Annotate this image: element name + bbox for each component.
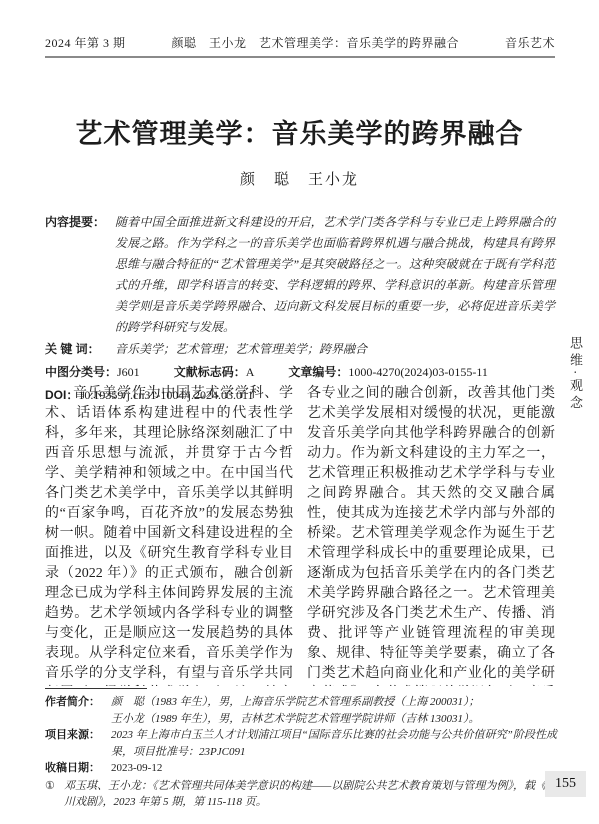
- body-left-paragraph: 音乐美学作为中国艺术学学科、学术、话语体系构建进程中的代表性学科，多年来，其理论…: [45, 384, 293, 686]
- page-header: 2024 年第 3 期 颜聪 王小龙 艺术管理美学：音乐美学的跨界融合 音乐艺术: [45, 34, 555, 51]
- footnote-divider: [45, 688, 147, 689]
- author-bio-block: 作者简介： 颜 聪（1983 年生），男，上海音乐学院艺术管理系副教授（上海 2…: [45, 694, 557, 727]
- article-no-label: 文章编号：: [288, 365, 348, 379]
- header-divider: [45, 56, 555, 58]
- keywords-block: 关 键 词： 音乐美学；艺术管理；艺术管理美学；跨界融合: [45, 339, 555, 360]
- article-no-value: 1000-4270(2024)03-0155-11: [348, 365, 488, 379]
- header-issue: 2024 年第 3 期: [45, 34, 126, 51]
- page-number: 155: [545, 771, 586, 797]
- abstract-text: 随着中国全面推进新文科建设的开启，艺术学门类各学科与专业已走上跨界融合的发展之路…: [115, 215, 555, 334]
- author-bio-line2: 王小龙（1989 年生），男，吉林艺术学院艺术管理学院讲师（吉林 130031）…: [111, 711, 557, 728]
- keywords-text: 音乐美学；艺术管理；艺术管理美学；跨界融合: [115, 342, 367, 356]
- keywords-label: 关 键 词：: [45, 339, 100, 360]
- article-authors: 颜 聪 王小龙: [0, 168, 599, 189]
- author-bio-label: 作者简介：: [45, 694, 100, 711]
- clc-label: 中图分类号：: [45, 365, 117, 379]
- received-date-block: 收稿日期： 2023-09-12: [45, 760, 557, 777]
- abstract-label: 内容提要：: [45, 212, 105, 233]
- footnote-mark: ①: [45, 778, 55, 795]
- front-matter: 内容提要： 随着中国全面推进新文科建设的开启，艺术学门类各学科与专业已走上跨界融…: [45, 212, 555, 406]
- body-right-column: 各专业之间的融合创新，改善其他门类艺术美学发展相对缓慢的状况，更能激发音乐美学向…: [307, 384, 555, 686]
- header-running-title: 颜聪 王小龙 艺术管理美学：音乐美学的跨界融合: [171, 34, 459, 51]
- article-body: 音乐美学作为中国艺术学学科、学术、话语体系构建进程中的代表性学科，多年来，其理论…: [45, 384, 555, 686]
- article-no-item: 文章编号：1000-4270(2024)03-0155-11: [288, 362, 488, 383]
- clc-item: 中图分类号：J601: [45, 362, 140, 383]
- body-left-column: 音乐美学作为中国艺术学学科、学术、话语体系构建进程中的代表性学科，多年来，其理论…: [45, 384, 293, 686]
- project-source-text: 2023 年上海市白玉兰人才计划浦江项目“国际音乐比赛的社会功能与公共价值研究”…: [111, 729, 557, 758]
- author-bio-line1: 颜 聪（1983 年生），男，上海音乐学院艺术管理系副教授（上海 200031）…: [111, 696, 480, 708]
- clc-value: J601: [117, 365, 140, 379]
- section-vertical-label: 思维·观念: [566, 336, 585, 412]
- header-journal-name: 音乐艺术: [505, 34, 555, 51]
- project-source-block: 项目来源： 2023 年上海市白玉兰人才计划浦江项目“国际音乐比赛的社会功能与公…: [45, 727, 557, 760]
- footnote-text: 邓玉琪、王小龙：《艺术管理共同体美学意识的构建——以剧院公共艺术教育策划与管理为…: [64, 780, 557, 809]
- meta-line: 中图分类号：J601 文献标志码：A 文章编号：1000-4270(2024)0…: [45, 362, 555, 383]
- body-right-text-1: 各专业之间的融合创新，改善其他门类艺术美学发展相对缓慢的状况，更能激发音乐美学向…: [307, 386, 555, 686]
- page-footer: 作者简介： 颜 聪（1983 年生），男，上海音乐学院艺术管理系副教授（上海 2…: [45, 694, 557, 811]
- doc-code-item: 文献标志码：A: [174, 362, 255, 383]
- project-source-label: 项目来源：: [45, 727, 100, 744]
- journal-page: 2024 年第 3 期 颜聪 王小龙 艺术管理美学：音乐美学的跨界融合 音乐艺术…: [0, 0, 599, 824]
- body-right-paragraph: 各专业之间的融合创新，改善其他门类艺术美学发展相对缓慢的状况，更能激发音乐美学向…: [307, 384, 555, 686]
- abstract-block: 内容提要： 随着中国全面推进新文科建设的开启，艺术学门类各学科与专业已走上跨界融…: [45, 212, 555, 338]
- doc-code-value: A: [246, 365, 255, 379]
- received-date-value: 2023-09-12: [111, 762, 162, 774]
- doc-code-label: 文献标志码：: [174, 365, 246, 379]
- article-title: 艺术管理美学：音乐美学的跨界融合: [0, 112, 599, 151]
- footnote-reference-mark: ①: [349, 683, 357, 686]
- received-date-label: 收稿日期：: [45, 760, 100, 777]
- footnote-block: ① 邓玉琪、王小龙：《艺术管理共同体美学意识的构建——以剧院公共艺术教育策划与管…: [45, 778, 557, 811]
